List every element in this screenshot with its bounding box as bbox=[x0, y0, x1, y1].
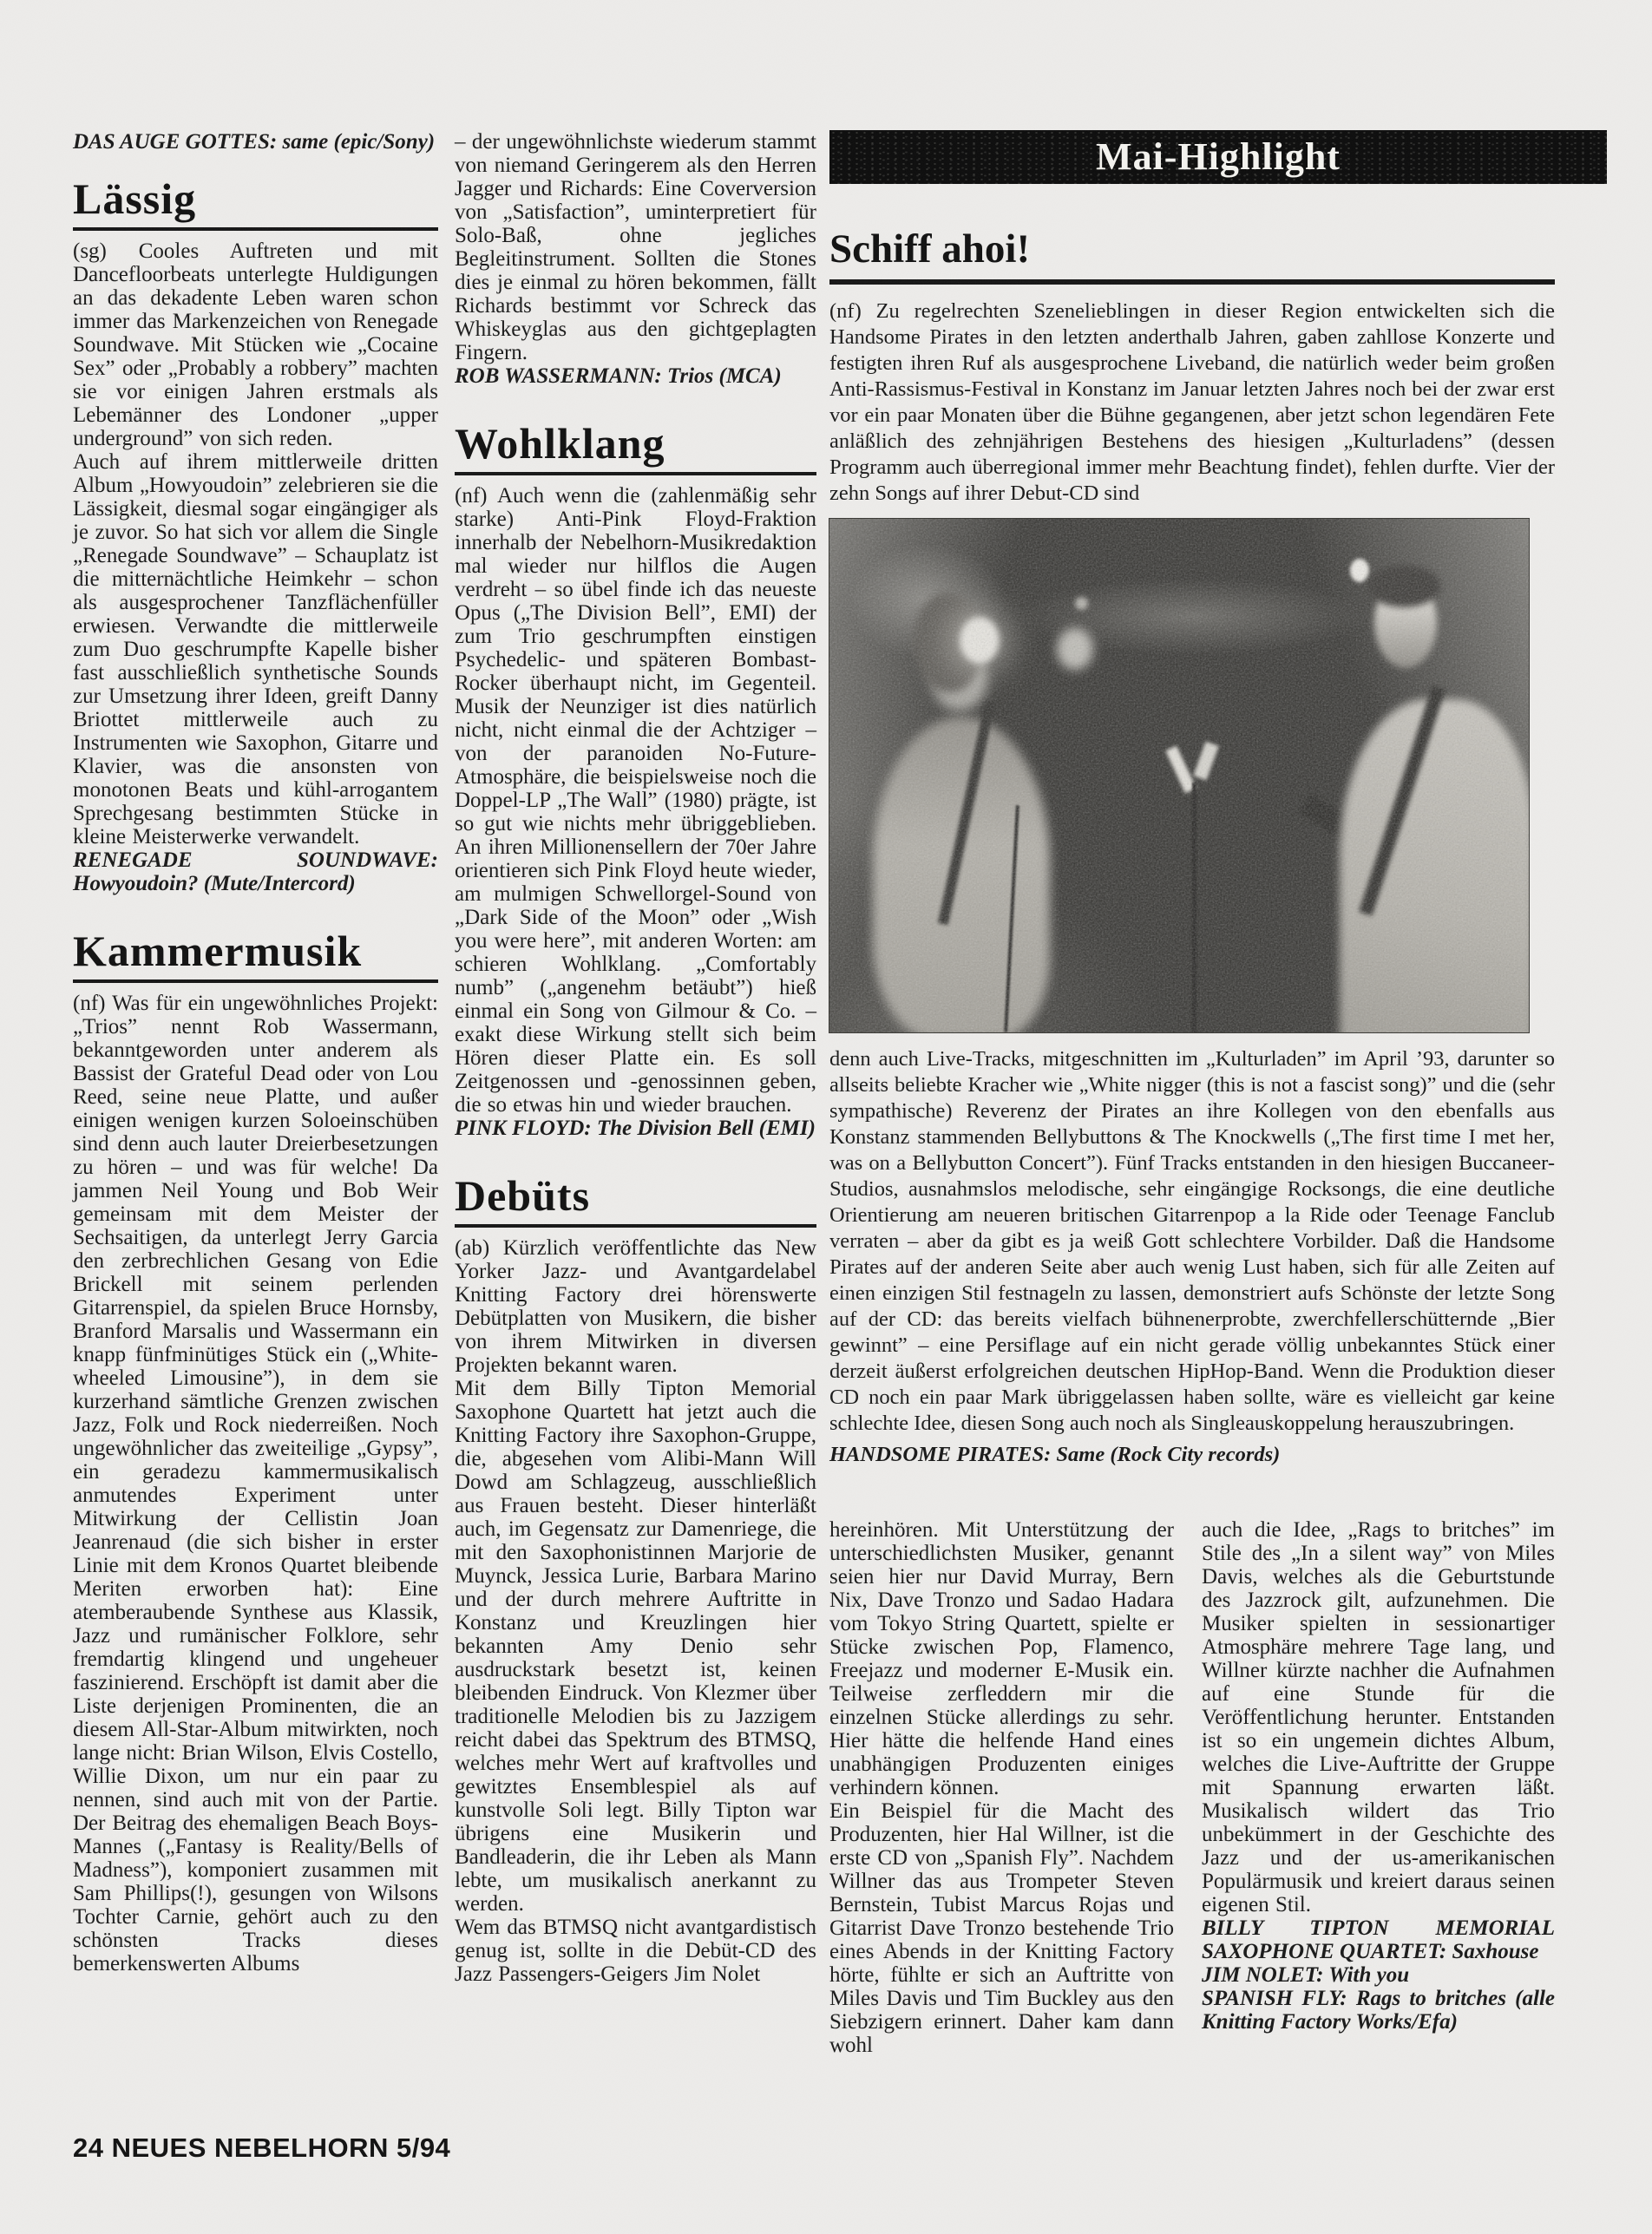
article-paragraph: hereinhören. Mit Unterstützung der unter… bbox=[829, 1518, 1174, 1799]
page-footer: 24 NEUES NEBELHORN 5/94 bbox=[73, 2132, 450, 2164]
record-ref-jim-nolet: JIM NOLET: With you bbox=[1202, 1963, 1555, 1987]
article-paragraph: (nf) Auch wenn die (zahlenmäßig sehr sta… bbox=[455, 484, 816, 1117]
photo-left-musician-body bbox=[873, 717, 1050, 1032]
section-title-laessig: Lässig bbox=[73, 176, 438, 231]
article-paragraph: Mit dem Billy Tipton Memorial Saxophone … bbox=[455, 1377, 816, 1916]
section-title-debuets: Debüts bbox=[455, 1173, 816, 1228]
article-paragraph: – der ungewöhnlichste wiederum stammt vo… bbox=[455, 130, 816, 364]
article-paragraph: Auch auf ihrem mittlerweile dritten Albu… bbox=[73, 450, 438, 848]
photo-small-light bbox=[1350, 559, 1369, 582]
record-ref-renegade-soundwave: RENEGADE SOUNDWAVE: Howyoudoin? (Mute/In… bbox=[73, 848, 438, 895]
record-ref-rob-wassermann: ROB WASSERMANN: Trios (MCA) bbox=[455, 364, 816, 388]
highlight-section: Mai-Highlight Schiff ahoi! (nf) Zu regel… bbox=[829, 130, 1607, 2057]
article-paragraph: Ein Beispiel für die Macht des Produzent… bbox=[829, 1799, 1174, 2057]
photo-small-light bbox=[1075, 597, 1088, 610]
concert-photo bbox=[829, 519, 1529, 1032]
column-3: hereinhören. Mit Unterstützung der unter… bbox=[829, 1518, 1174, 2057]
highlight-banner-label: Mai-Highlight bbox=[1096, 135, 1341, 178]
article-paragraph: (sg) Cooles Auftreten und mit Dancefloor… bbox=[73, 239, 438, 450]
section-title-kammermusik: Kammermusik bbox=[73, 928, 438, 983]
article-paragraph: (nf) Was für ein ungewöhnliches Projekt:… bbox=[73, 992, 438, 1975]
highlight-banner: Mai-Highlight bbox=[829, 130, 1607, 184]
article-paragraph: auch die Idee, „Rags to britches” im Sti… bbox=[1202, 1518, 1555, 1916]
article-paragraph: (ab) Kürzlich veröffentlichte das New Yo… bbox=[455, 1236, 816, 1377]
record-ref-pink-floyd: PINK FLOYD: The Division Bell (EMI) bbox=[455, 1117, 816, 1140]
photo-right-musician-body bbox=[1340, 699, 1529, 1032]
article-paragraph: denn auch Live-Tracks, mitgeschnitten im… bbox=[829, 1046, 1555, 1437]
highlight-title: Schiff ahoi! bbox=[829, 227, 1555, 285]
magazine-page: DAS AUGE GOTTES: same (epic/Sony) Lässig… bbox=[0, 0, 1652, 2234]
photo-mic-stand-center bbox=[1192, 783, 1196, 1032]
record-ref-das-auge-gottes: DAS AUGE GOTTES: same (epic/Sony) bbox=[73, 130, 438, 154]
record-ref-spanish-fly: SPANISH FLY: Rags to britches (alle Knit… bbox=[1202, 1987, 1555, 2034]
record-ref-handsome-pirates: HANDSOME PIRATES: Same (Rock City record… bbox=[829, 1442, 1555, 1468]
article-paragraph: (nf) Zu regelrechten Szenelieblingen in … bbox=[829, 298, 1555, 507]
article-paragraph: Wem das BTMSQ nicht avantgardistisch gen… bbox=[455, 1916, 816, 1986]
column-1: DAS AUGE GOTTES: same (epic/Sony) Lässig… bbox=[73, 130, 438, 1975]
record-ref-billy-tipton: BILLY TIPTON MEMORIAL SAXOPHONE QUARTET:… bbox=[1202, 1916, 1555, 1963]
column-2: – der ungewöhnlichste wiederum stammt vo… bbox=[455, 130, 816, 1986]
column-4: auch die Idee, „Rags to britches” im Sti… bbox=[1202, 1518, 1555, 2057]
photo-stage-light-dim bbox=[1057, 628, 1093, 670]
photo-stage-light bbox=[960, 617, 1000, 664]
bottom-columns: hereinhören. Mit Unterstützung der unter… bbox=[829, 1518, 1607, 2057]
section-title-wohlklang: Wohlklang bbox=[455, 421, 816, 475]
photo-right-musician-hair bbox=[1367, 566, 1440, 607]
